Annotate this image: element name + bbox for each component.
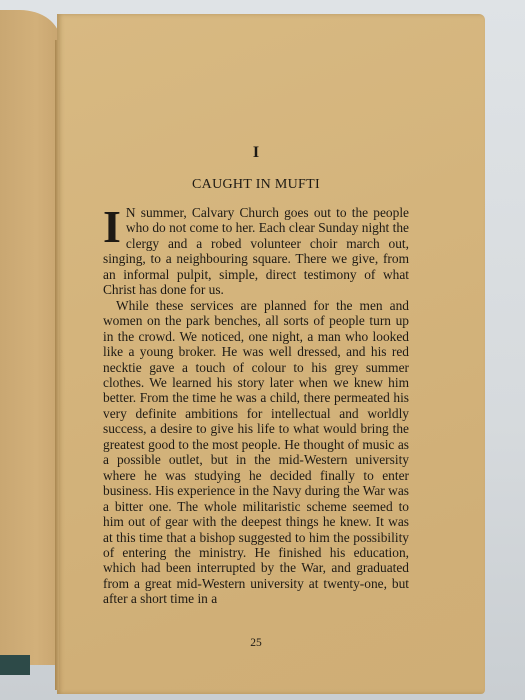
paragraph-2: While these services are planned for the…	[103, 298, 409, 607]
chapter-number: I	[103, 144, 409, 162]
page-number: 25	[103, 637, 409, 649]
paragraph-1-text: N summer, Calvary Church goes out to the…	[103, 205, 409, 297]
book-gutter	[55, 40, 59, 690]
chapter-title: CAUGHT IN MUFTI	[103, 177, 409, 193]
paragraph-1: IN summer, Calvary Church goes out to th…	[103, 205, 409, 298]
book-cover-edge	[0, 655, 30, 675]
drop-cap: I	[103, 207, 121, 247]
left-page	[0, 10, 60, 665]
page-content: I CAUGHT IN MUFTI IN summer, Calvary Chu…	[103, 144, 409, 607]
